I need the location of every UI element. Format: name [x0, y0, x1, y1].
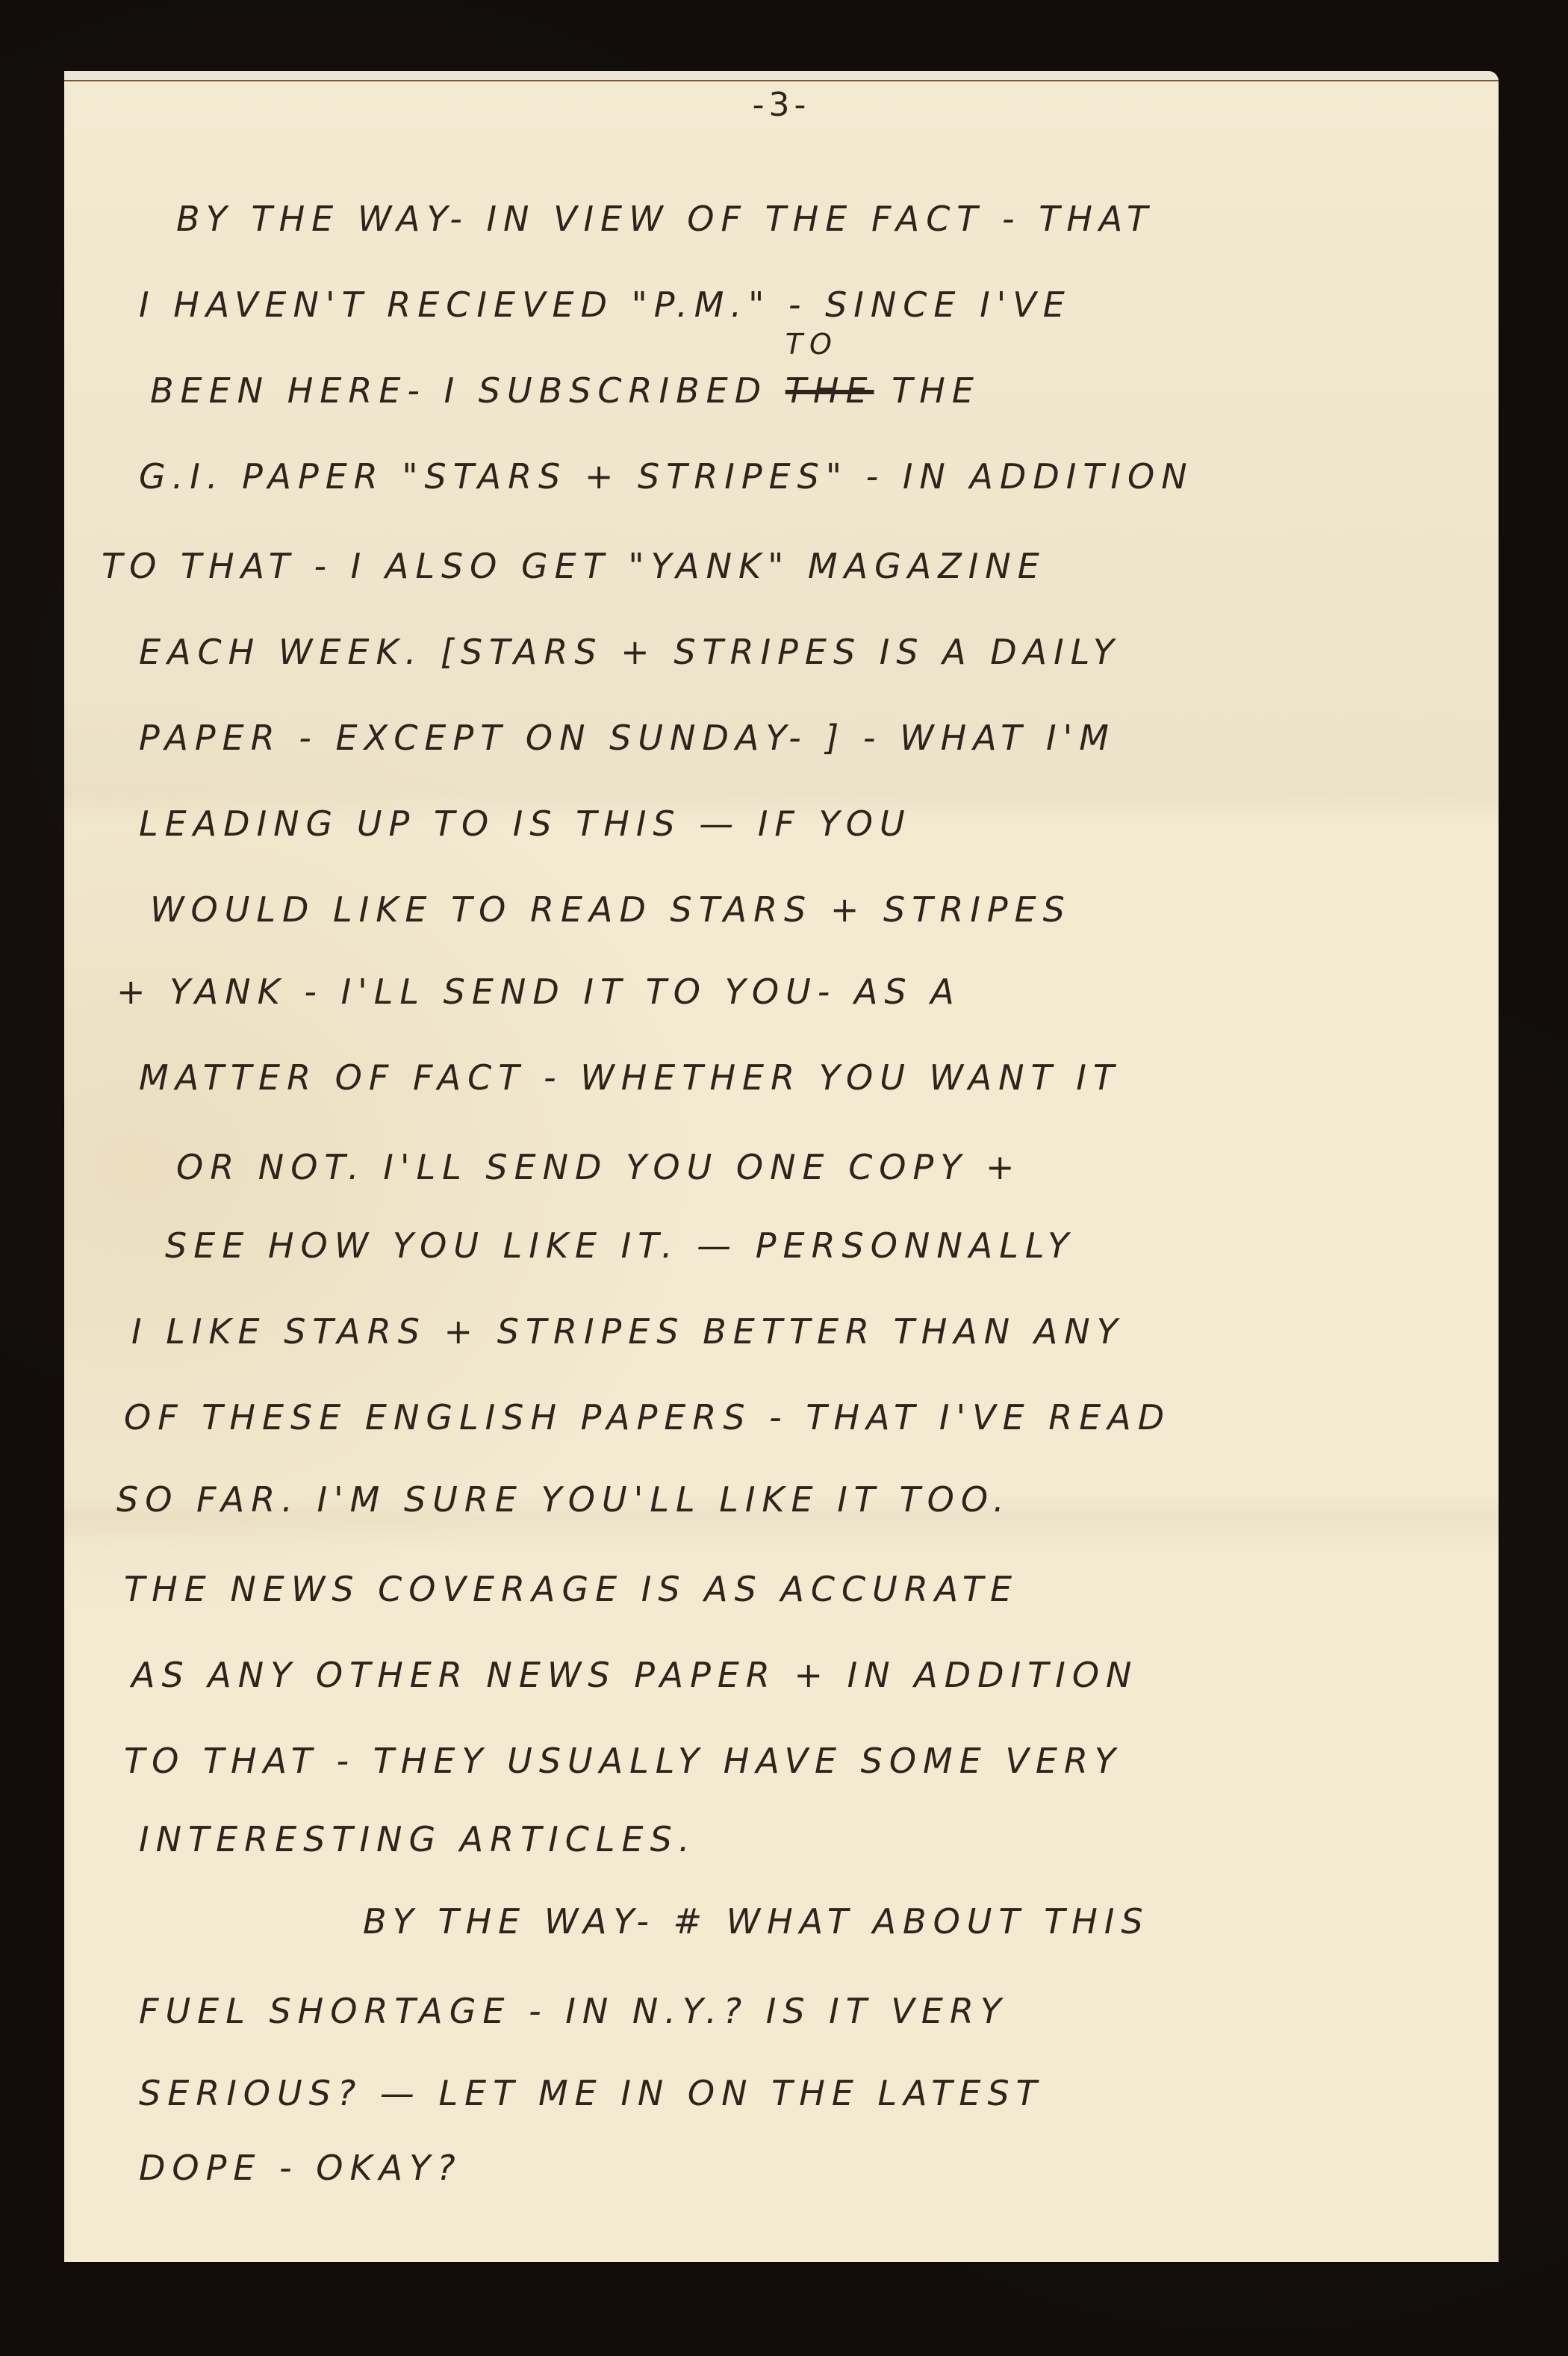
inserted-word: to [785, 330, 839, 358]
letter-line: I haven't recieved "P.M." - since I've [139, 287, 1071, 322]
letter-line: dope - okay? [139, 2151, 462, 2185]
letter-line: see how you like it. — Personnally [165, 1228, 1075, 1263]
letter-line: fuel shortage - in N.Y.? Is it very [139, 1994, 1008, 2028]
letter-line: paper - except on Sunday- ] - What I'm [139, 721, 1116, 755]
letter-line: interesting articles. [139, 1822, 696, 1856]
letter-line: each week. [Stars + Stripes is a daily [139, 635, 1121, 669]
letter-line: been here- I subscribed tothe the [150, 373, 980, 408]
letter-line: I like Stars + Stripes better than any [131, 1314, 1124, 1349]
letter-line: The news coverage is as accurate [124, 1572, 1018, 1606]
letter-line-text: the [874, 370, 980, 411]
letter-line: + Yank - I'll send it to you- As a [116, 975, 961, 1009]
letter-line: G.I. paper "Stars + Stripes" - In additi… [139, 459, 1194, 494]
letter-line: of these English papers - that I've read [124, 1400, 1171, 1435]
correction: tothe [785, 373, 874, 408]
letter-line: to that - they usually have some very [124, 1744, 1122, 1778]
letter-line: By the way- # what about this [363, 1904, 1150, 1939]
letter-line: By the way- in view of the fact - that [176, 202, 1154, 236]
letter-body: By the way- in view of the fact - that I… [64, 71, 1499, 2262]
letter-page: -3- By the way- in view of the fact - th… [64, 71, 1499, 2262]
letter-line: or not. I'll send you one copy + [176, 1150, 1021, 1184]
letter-line: matter of fact - whether you want it [139, 1060, 1121, 1095]
letter-line-text: been here- I subscribed [150, 370, 785, 411]
letter-line: to that - I also get "Yank" magazine [102, 549, 1046, 583]
letter-line: so far. I'm sure you'll like it too. [116, 1482, 1011, 1517]
letter-line: as any other news paper + in addition [131, 1658, 1138, 1692]
letter-line: leading up to is this — if you [139, 806, 912, 841]
letter-line: would like to read Stars + Stripes [150, 892, 1071, 927]
letter-line: serious? — Let me in on the latest [139, 2076, 1044, 2110]
struck-word: the [785, 370, 874, 411]
